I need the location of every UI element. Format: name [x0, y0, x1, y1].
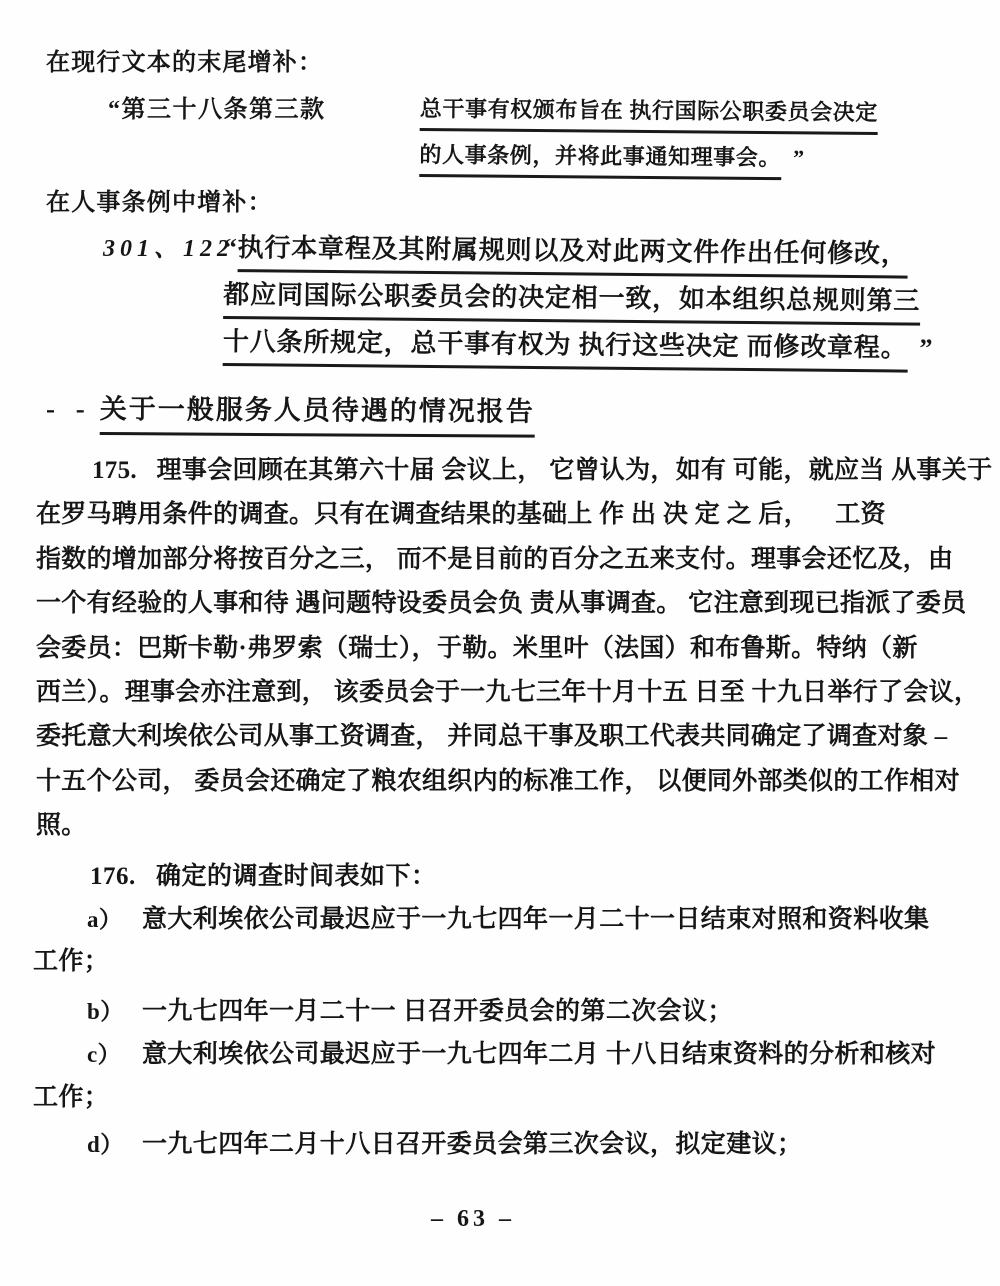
quote-line: 十八条所规定，总干事有权为 执行这些决定 而修改章程。”	[223, 321, 934, 375]
item-text: 意大利埃依公司最迟应于一九七四年一月二十一日结束对照和资料收集	[142, 906, 929, 933]
underlined-quote-text: 十八条所规定，总干事有权为 执行这些决定 而修改章程。	[223, 321, 908, 373]
rule-number: 301、122	[103, 228, 234, 263]
paragraph-line: 指数的增加部分将按百分之三， 而不是目前的百分之五来支付。理事会还忆及，由	[36, 539, 992, 583]
item-text: 一九七四年一月二十一 日召开委员会的第二次会议；	[142, 998, 733, 1025]
article-38-quote-block: 总干事有权颁布旨在 执行国际公职委员会决定 的人事条例，并将此事通知理事会。”	[419, 92, 878, 188]
paragraph-line: 照。	[36, 805, 992, 849]
item-label: b）	[87, 993, 142, 1026]
underlined-quote-text: 总干事有权颁布旨在 执行国际公职委员会决定	[420, 92, 878, 135]
paragraph-line: 西兰）。理事会亦注意到， 该委员会于一九七三年十月十五 日至 十九日举行了会议，	[36, 672, 992, 716]
item-text: 意大利埃依公司最迟应于一九七四年二月 十八日结束资料的分析和核对	[142, 1041, 936, 1068]
underlined-quote-text: 都应同国际公职委员会的决定相一致，如本组织总规则第三	[223, 274, 920, 326]
list-item-a: a）意大利埃依公司最迟应于一九七四年一月二十一日结束对照和资料收集	[87, 899, 929, 935]
opening-quote-mark: “	[224, 233, 238, 262]
section-heading: - -关于一般服务人员待遇的情况报告	[46, 387, 535, 435]
item-label: d）	[87, 1126, 142, 1159]
quote-line: 的人事条例，并将此事通知理事会。”	[419, 138, 877, 188]
item-label: a）	[87, 901, 142, 934]
list-item-c: c）意大利埃依公司最迟应于一九七四年二月 十八日结束资料的分析和核对	[87, 1034, 936, 1070]
paragraph-line: 175. 理事会回顾在其第六十届 会议上， 它曾认为，如有 可能，就应当 从事关…	[36, 450, 992, 494]
paragraph-176-intro: 176. 确定的调查时间表如下：	[90, 856, 437, 892]
scanned-document-page: 在现行文本的末尾增补： “第三十八条第三款 总干事有权颁布旨在 执行国际公职委员…	[0, 0, 1000, 1286]
heading-dashes: - -	[46, 394, 92, 424]
paragraph-line: 委托意大利埃依公司从事工资调查， 并同总干事及职工代表共同确定了调查对象 –	[36, 716, 992, 760]
paragraph-175: 175. 理事会回顾在其第六十届 会议上， 它曾认为，如有 可能，就应当 从事关…	[36, 450, 992, 850]
item-label: c）	[87, 1036, 142, 1069]
list-item-b: b）一九七四年一月二十一 日召开委员会的第二次会议；	[87, 991, 733, 1027]
rule-301-quote-block: “执行本章程及其附属规则以及对此两文件作出任何修改， 都应同国际公职委员会的决定…	[223, 227, 935, 375]
amendment-intro-label: 在现行文本的末尾增补：	[46, 42, 323, 77]
paragraph-line: 会委员：巴斯卡勒·弗罗索（瑞士），于勒。米里叶（法国）和布鲁斯。特纳（新	[36, 628, 992, 672]
quote-line: 总干事有权颁布旨在 执行国际公职委员会决定	[420, 92, 878, 142]
underlined-quote-text: 的人事条例，并将此事通知理事会。	[419, 138, 781, 180]
list-item-d: d）一九七四年二月十八日召开委员会第三次会议，拟定建议；	[87, 1124, 802, 1160]
article-38-clause-label: “第三十八条第三款	[108, 89, 326, 124]
list-item-a-continuation: 工作；	[33, 941, 109, 977]
closing-quote-mark: ”	[793, 145, 805, 170]
paragraph-line: 在罗马聘用条件的调查。只有在调查结果的基础上 作 出 决 定 之 后， 工资	[36, 494, 992, 538]
heading-underlined-text: 关于一般服务人员待遇的情况报告	[99, 387, 534, 438]
closing-quote-mark: ”	[919, 334, 933, 363]
item-text: 一九七四年二月十八日召开委员会第三次会议，拟定建议；	[142, 1131, 802, 1158]
list-item-c-continuation: 工作；	[33, 1077, 109, 1113]
quote-line: 都应同国际公职委员会的决定相一致，如本组织总规则第三	[223, 274, 934, 328]
page-number: – 63 –	[0, 1206, 973, 1233]
underlined-quote-text: 执行本章程及其附属规则以及对此两文件作出任何修改，	[237, 227, 907, 278]
quote-line: “执行本章程及其附属规则以及对此两文件作出任何修改，	[224, 227, 935, 281]
paragraph-line: 十五个公司， 委员会还确定了粮农组织内的标准工作， 以便同外部类似的工作相对	[36, 761, 992, 805]
staff-rules-intro-label: 在人事条例中增补：	[46, 182, 273, 217]
paragraph-line: 一个有经验的人事和待 遇问题特设委员会负 责从事调查。 它注意到现已指派了委员	[36, 583, 992, 627]
